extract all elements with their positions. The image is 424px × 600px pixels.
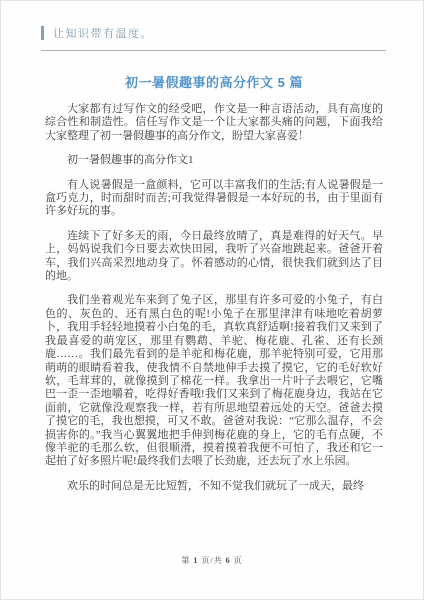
- footer-current-page: 1: [193, 556, 198, 565]
- body-paragraph: 我们坐着观光车来到了兔子区，那里有许多可爱的小兔子，有白色的、灰色的、还有黑白色…: [45, 294, 383, 468]
- page-header: 让知识带有温度。: [41, 25, 386, 51]
- footer-prefix: 第: [181, 556, 190, 565]
- footer-separator: 页/共: [201, 556, 222, 565]
- document-body: 大家都有过写作文的经受吧，作文是一种言语活动，具有高度的综合性和制造性。信任写作…: [45, 103, 383, 493]
- accent-bar: [41, 26, 44, 40]
- body-paragraph: 欢乐的时间总是无比短暂，不知不觉我们就玩了一成天，最终: [45, 480, 383, 493]
- document-page: 让知识带有温度。 初一暑假趣事的高分作文 5 篇 大家都有过写作文的经受吧，作文…: [0, 0, 424, 600]
- body-paragraph: 有人说暑假是一盒颜料，它可以丰富我们的生活;有人说暑假是一盒巧克力，时而甜时而苦…: [45, 179, 383, 219]
- section-heading: 初一暑假趣事的高分作文1: [45, 154, 383, 167]
- body-paragraph: 连续下了好多天的雨，今日最终放晴了，真是难得的好天气。早上，妈妈说我们今日要去欢…: [45, 230, 383, 284]
- header-motto: 让知识带有温度。: [53, 25, 153, 41]
- footer-total-pages: 6: [226, 556, 231, 565]
- motto-row: 让知识带有温度。: [41, 25, 386, 41]
- footer-page-indicator: 第 1 页/共 6 页: [1, 555, 423, 566]
- header-divider: [41, 50, 386, 51]
- footer-suffix: 页: [234, 556, 243, 565]
- document-title: 初一暑假趣事的高分作文 5 篇: [45, 72, 383, 91]
- intro-paragraph: 大家都有过写作文的经受吧，作文是一种言语活动，具有高度的综合性和制造性。信任写作…: [45, 103, 383, 143]
